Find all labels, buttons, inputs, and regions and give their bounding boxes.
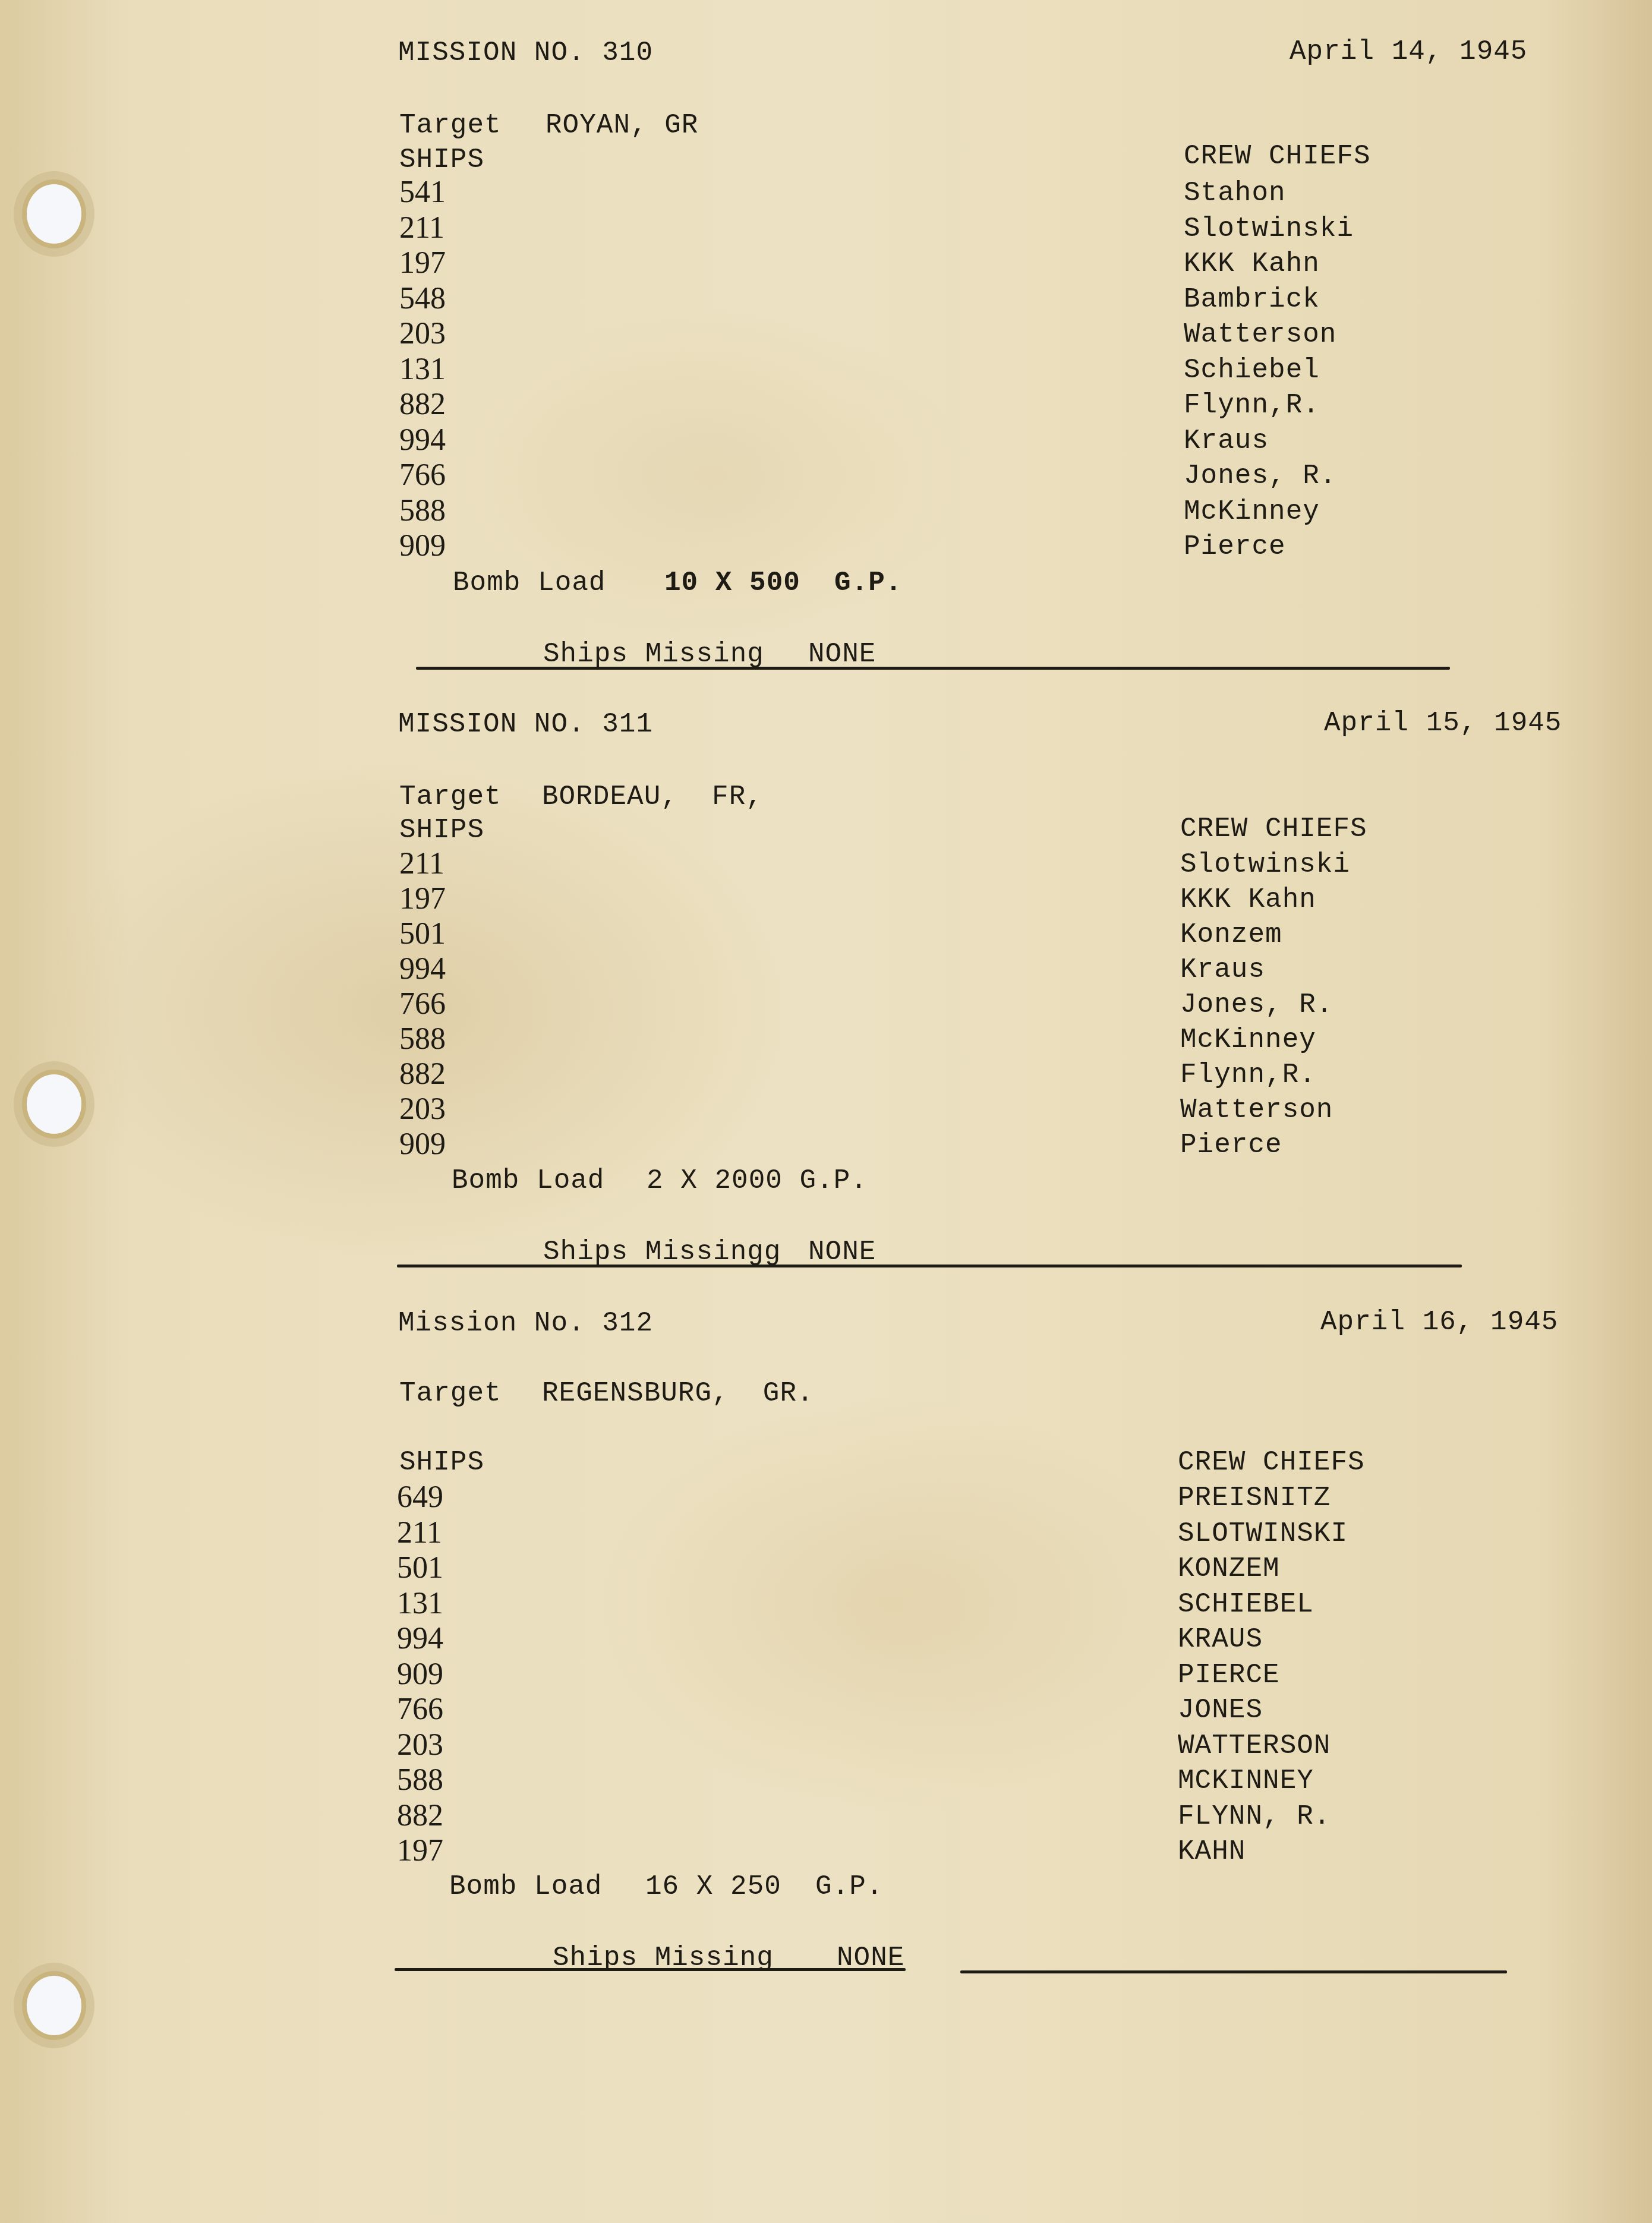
ships-header: SHIPS <box>399 816 484 844</box>
ship-number: 501 <box>399 919 446 950</box>
crew-chief-name: KKK Kahn <box>1180 886 1316 913</box>
target-label: Target <box>399 112 502 139</box>
ship-number: 203 <box>397 1730 443 1761</box>
ship-number: 882 <box>399 389 446 420</box>
target-value: BORDEAU, FR, <box>542 783 763 811</box>
crew-chief-name: Kraus <box>1180 956 1265 983</box>
ship-number: 588 <box>397 1765 443 1796</box>
crew-chief-name: McKinney <box>1180 1026 1316 1054</box>
crew-chief-name: WATTERSON <box>1178 1732 1331 1760</box>
mission-date: April 15, 1945 <box>1324 710 1562 737</box>
crew-chief-name: Slotwinski <box>1184 215 1354 242</box>
ship-number: 882 <box>397 1801 443 1831</box>
ships-missing-value: NONE <box>808 641 876 668</box>
bomb-load-label: Bomb Load <box>453 569 606 597</box>
crew-chief-name: Flynn,R. <box>1184 392 1320 419</box>
section-divider <box>416 667 1450 670</box>
ship-number: 588 <box>399 496 446 526</box>
ship-number: 131 <box>397 1588 443 1619</box>
crew-chief-name: Pierce <box>1180 1131 1282 1159</box>
crew-chief-name: KAHN <box>1178 1838 1246 1865</box>
crew-chief-name: FLYNN, R. <box>1178 1803 1331 1830</box>
bomb-load-value: 16 X 250 G.P. <box>645 1873 883 1900</box>
bomb-load-label: Bomb Load <box>449 1873 602 1900</box>
ship-number: 197 <box>399 884 446 915</box>
crew-chief-name: KRAUS <box>1178 1626 1263 1653</box>
crew-chief-name: JONES <box>1178 1697 1263 1724</box>
bomb-load-value: 2 X 2000 G.P. <box>647 1167 868 1194</box>
crew-chief-name: SCHIEBEL <box>1178 1591 1314 1618</box>
bomb-load-value: 10 X 500 G.P. <box>664 569 902 597</box>
crew-chiefs-header: CREW CHIEFS <box>1180 815 1367 843</box>
mission-heading: Mission No. 312 <box>398 1310 653 1337</box>
ship-number: 501 <box>397 1553 443 1584</box>
mission-heading: MISSION NO. 310 <box>398 39 653 67</box>
ship-number: 588 <box>399 1024 446 1055</box>
ships-header: SHIPS <box>399 1449 484 1476</box>
ship-number: 649 <box>397 1482 443 1513</box>
ships-header: SHIPS <box>399 146 484 174</box>
crew-chief-name: Jones, R. <box>1180 991 1333 1019</box>
ship-number: 909 <box>397 1659 443 1690</box>
crew-chief-name: Watterson <box>1184 321 1336 348</box>
crew-chief-name: Konzem <box>1180 921 1282 948</box>
section-divider-left <box>395 1968 906 1971</box>
ships-missing-label: Ships Missing <box>543 641 764 668</box>
ship-number: 909 <box>399 1129 446 1160</box>
ship-number: 541 <box>399 177 446 208</box>
crew-chief-name: Watterson <box>1180 1096 1333 1124</box>
ship-number: 766 <box>399 989 446 1020</box>
ship-number: 909 <box>399 531 446 562</box>
crew-chief-name: Kraus <box>1184 427 1269 455</box>
crew-chiefs-header: CREW CHIEFS <box>1184 143 1371 170</box>
target-value: ROYAN, GR <box>546 112 698 139</box>
crew-chief-name: KKK Kahn <box>1184 250 1320 278</box>
crew-chief-name: Schiebel <box>1184 357 1320 384</box>
crew-chief-name: Jones, R. <box>1184 462 1336 490</box>
mission-date: April 16, 1945 <box>1320 1308 1558 1336</box>
ships-missing-value: NONE <box>808 1238 876 1266</box>
target-value: REGENSBURG, GR. <box>542 1380 814 1407</box>
ship-number: 203 <box>399 1094 446 1125</box>
crew-chiefs-header: CREW CHIEFS <box>1178 1449 1365 1476</box>
crew-chief-name: PREISNITZ <box>1178 1484 1331 1512</box>
ship-number: 197 <box>397 1836 443 1866</box>
crew-chief-name: MCKINNEY <box>1178 1767 1314 1795</box>
ship-number: 766 <box>397 1694 443 1725</box>
ship-number: 548 <box>399 283 446 314</box>
crew-chief-name: Flynn,R. <box>1180 1061 1316 1089</box>
crew-chief-name: Slotwinski <box>1180 851 1350 878</box>
ship-number: 882 <box>399 1059 446 1090</box>
crew-chief-name: Stahon <box>1184 179 1286 207</box>
crew-chief-name: Pierce <box>1184 533 1286 560</box>
mission-date: April 14, 1945 <box>1290 38 1527 65</box>
crew-chief-name: SLOTWINSKI <box>1178 1520 1348 1547</box>
ship-number: 994 <box>399 954 446 985</box>
punch-hole-bottom <box>27 1976 81 2035</box>
ship-number: 211 <box>399 849 444 879</box>
ship-number: 994 <box>399 425 446 456</box>
section-divider-right <box>960 1970 1507 1973</box>
ship-number: 994 <box>397 1623 443 1654</box>
punch-hole-top <box>27 184 81 244</box>
ship-number: 766 <box>399 460 446 491</box>
section-divider <box>397 1265 1462 1267</box>
crew-chief-name: McKinney <box>1184 498 1320 525</box>
ship-number: 211 <box>399 213 444 244</box>
target-label: Target <box>399 783 502 811</box>
ship-number: 197 <box>399 248 446 279</box>
crew-chief-name: KONZEM <box>1178 1555 1280 1582</box>
punch-hole-middle <box>27 1074 81 1134</box>
ship-number: 211 <box>397 1518 442 1549</box>
crew-chief-name: Bambrick <box>1184 286 1320 313</box>
ship-number: 203 <box>399 319 446 349</box>
ship-number: 131 <box>399 354 446 385</box>
mission-heading: MISSION NO. 311 <box>398 711 653 738</box>
target-label: Target <box>399 1380 502 1407</box>
ships-missing-label: Ships Missingg <box>543 1238 781 1266</box>
bomb-load-label: Bomb Load <box>452 1167 604 1194</box>
crew-chief-name: PIERCE <box>1178 1661 1280 1689</box>
